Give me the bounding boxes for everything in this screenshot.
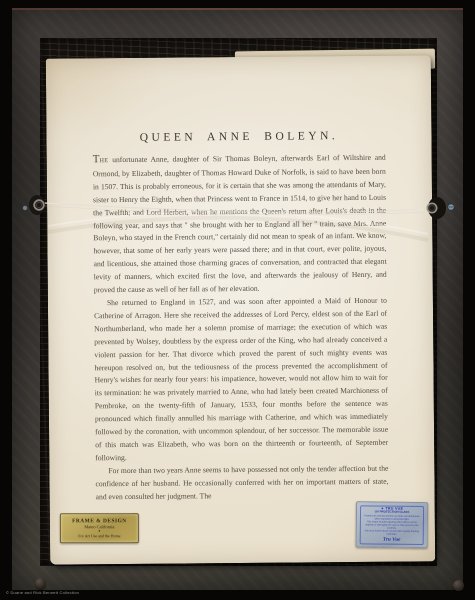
document-page: QUEEN ANNE BOLEYN. THE unfortunate Anne,… [46,55,435,564]
photo-credit: © Duane and Rick Bennett Collection [6,590,79,595]
corner-screw-right [453,580,464,591]
document-body: THE unfortunate Anne, daughter of Sir Th… [93,151,389,504]
page-title: QUEEN ANNE BOLEYN. [46,129,431,144]
frame-top-edge-highlight [12,8,463,10]
paragraph-1-text: unfortunate Anne, daughter of Sir Thomas… [93,153,387,295]
glazing-label: ✦ TRU VUE UV PROTECTION GLASS Framed art… [356,501,429,548]
framed-document-photo: QUEEN ANNE BOLEYN. THE unfortunate Anne,… [0,0,475,600]
paragraph-2: She returned to England in 1527, and was… [94,295,388,465]
drop-cap-smallcaps: HE [99,157,108,164]
label-fineprint-3: Ask your framer about conservation quali… [363,530,421,537]
glazing-label-inner: ✦ TRU VUE UV PROTECTION GLASS Framed art… [360,505,424,545]
plaque-motto: For Art Use and the Home [78,534,120,539]
paragraph-1: THE unfortunate Anne, daughter of Sir Th… [93,151,387,298]
frame-back: QUEEN ANNE BOLEYN. THE unfortunate Anne,… [12,8,463,590]
label-footer-logo: Tru Vue [383,537,401,543]
paragraph-3: For more than two years Anne seems to ha… [95,462,388,503]
corner-screw-left [35,578,46,589]
framer-plaque: FRAME & DESIGN Mateo California ✦ For Ar… [60,513,139,543]
